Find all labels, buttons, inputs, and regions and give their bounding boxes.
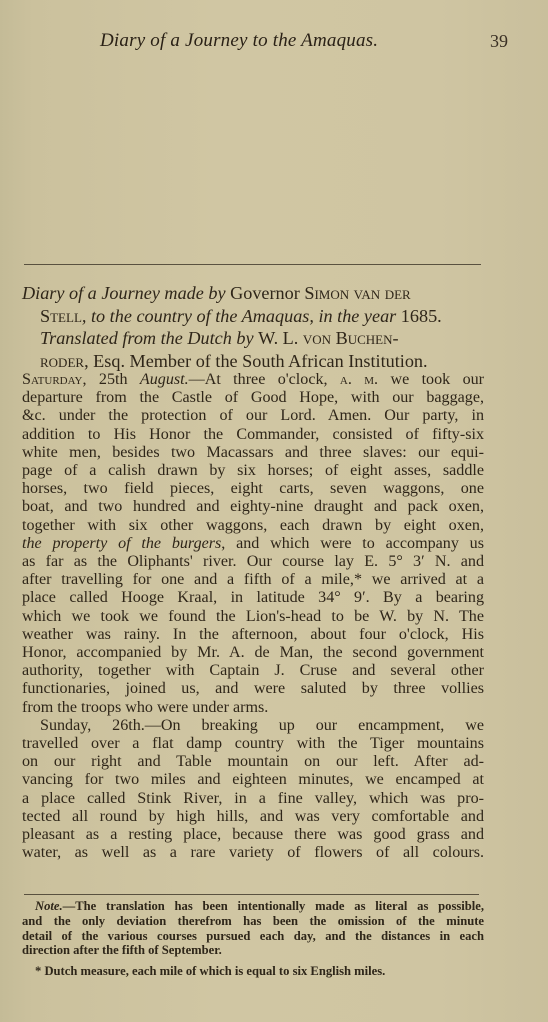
diary-body: Saturday, 25th August.—At three o'clock,… bbox=[22, 371, 484, 862]
body-line: a place called Stink River, in a fine va… bbox=[22, 790, 484, 808]
body-line: as far as the Oliphants' river. Our cour… bbox=[22, 553, 484, 571]
translator-note-line: Note.—The translation has been intention… bbox=[22, 899, 484, 914]
body-line: from the troops who were under arms. bbox=[22, 699, 484, 717]
body-line: weather was rainy. In the afternoon, abo… bbox=[22, 626, 484, 644]
heading-line: roder, Esq. Member of the South African … bbox=[22, 350, 484, 373]
heading-line: Translated from the Dutch by W. L. von B… bbox=[22, 327, 484, 350]
body-line: page of a calish drawn by six horses; of… bbox=[22, 462, 484, 480]
translator-note-line: and the only deviation therefrom has bee… bbox=[22, 914, 484, 929]
section-divider bbox=[24, 264, 481, 265]
body-line: Saturday, 25th August.—At three o'clock,… bbox=[22, 371, 484, 389]
translator-note-line: detail of the various courses pursued ea… bbox=[22, 929, 484, 944]
body-line: Honor, accompanied by Mr. A. de Man, the… bbox=[22, 644, 484, 662]
body-line: place called Hooge Kraal, in latitude 34… bbox=[22, 589, 484, 607]
section-heading: Diary of a Journey made by Governor Simo… bbox=[22, 282, 484, 372]
body-line: together with six other waggons, each dr… bbox=[22, 517, 484, 535]
body-line: authority, together with Captain J. Crus… bbox=[22, 662, 484, 680]
body-line: the property of the burgers, and which w… bbox=[22, 535, 484, 553]
body-line: addition to His Honor the Commander, con… bbox=[22, 426, 484, 444]
body-line: after travelling for one and a fifth of … bbox=[22, 571, 484, 589]
body-line: departure from the Castle of Good Hope, … bbox=[22, 389, 484, 407]
body-line: which we took we found the Lion's-head t… bbox=[22, 608, 484, 626]
body-line: water, as well as a rare variety of flow… bbox=[22, 844, 484, 862]
running-title: Diary of a Journey to the Amaquas. bbox=[100, 30, 378, 52]
mile-footnote: * Dutch measure, each mile of which is e… bbox=[22, 964, 484, 979]
body-line: white men, besides two Macassars and thr… bbox=[22, 444, 484, 462]
footnote-divider bbox=[24, 894, 479, 895]
heading-line: Diary of a Journey made by Governor Simo… bbox=[22, 282, 484, 305]
body-line: on our right and Table mountain on our l… bbox=[22, 753, 484, 771]
body-line: travelled over a flat damp country with … bbox=[22, 735, 484, 753]
body-line: vancing for two miles and eighteen minut… bbox=[22, 771, 484, 789]
page-number: 39 bbox=[490, 31, 508, 52]
body-line: Sunday, 26th.—On breaking up our encampm… bbox=[22, 717, 484, 735]
body-line: &c. under the protection of our Lord. Am… bbox=[22, 407, 484, 425]
running-head: Diary of a Journey to the Amaquas. 39 bbox=[100, 30, 512, 54]
body-line: tected all round by high hills, and was … bbox=[22, 808, 484, 826]
body-line: pleasant as a resting place, because the… bbox=[22, 826, 484, 844]
body-line: functionaries, joined us, and were salut… bbox=[22, 680, 484, 698]
body-line: horses, two field pieces, eight carts, s… bbox=[22, 480, 484, 498]
body-line: boat, and two hundred and eighty-nine dr… bbox=[22, 498, 484, 516]
translator-note-line: direction after the fifth of September. bbox=[22, 943, 484, 958]
book-page: Diary of a Journey to the Amaquas. 39 Di… bbox=[0, 0, 548, 1022]
heading-line: Stell, to the country of the Amaquas, in… bbox=[22, 305, 484, 328]
footnotes: Note.—The translation has been intention… bbox=[22, 899, 484, 979]
